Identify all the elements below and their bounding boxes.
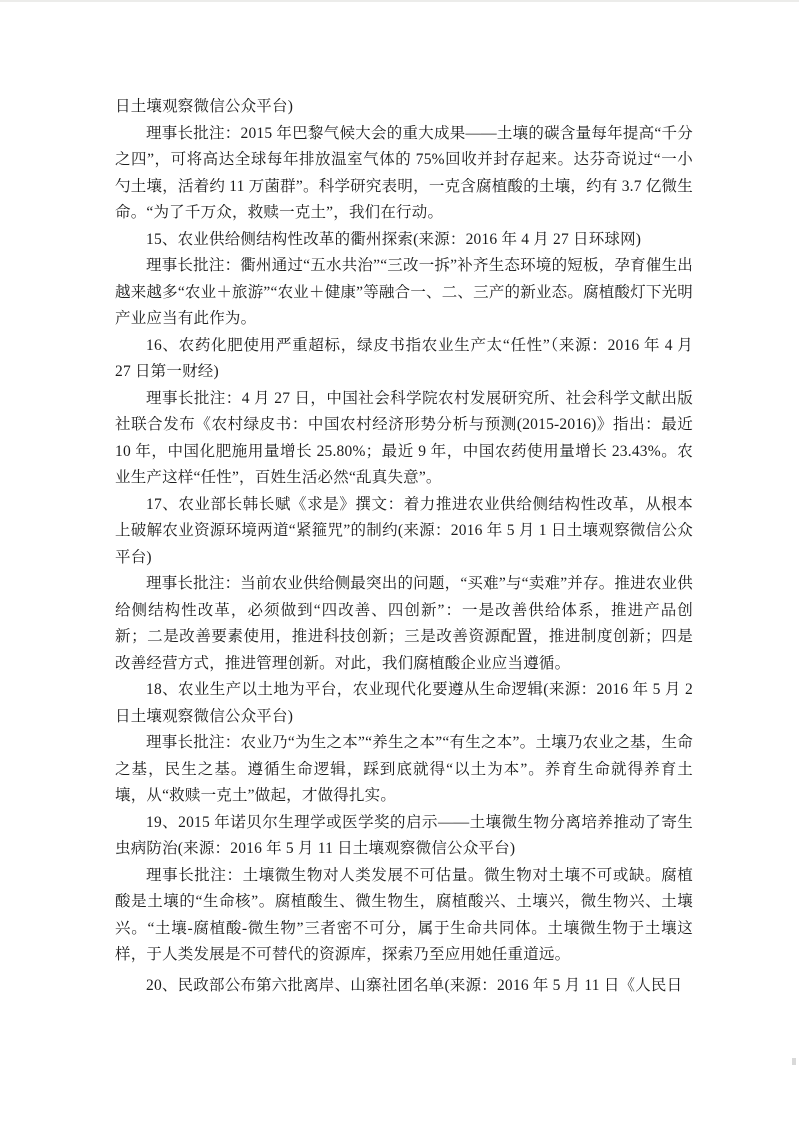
paragraph: 理事长批注：农业乃“为生之本”“养生之本”“有生之本”。土壤乃农业之基，生命之基… — [115, 730, 693, 810]
paragraph: 理事长批注：当前农业供给侧最突出的问题，“买难”与“卖难”并存。推进农业供给侧结… — [115, 571, 693, 677]
paragraph: 19、2015 年诺贝尔生理学或医学奖的启示——土壤微生物分离培养推动了寄生虫病… — [115, 810, 693, 863]
paragraph: 理事长批注：4 月 27 日，中国社会科学院农村发展研究所、社会科学文献出版社联… — [115, 386, 693, 492]
paragraph: 日土壤观察微信公众平台) — [115, 94, 693, 121]
paragraph: 理事长批注：衢州通过“五水共治”“三改一拆”补齐生态环境的短板，孕育催生出越来越… — [115, 253, 693, 333]
text-block: 日土壤观察微信公众平台)理事长批注：2015 年巴黎气候大会的重大成果——土壤的… — [115, 94, 693, 999]
paragraph: 18、农业生产以土地为平台，农业现代化要遵从生命逻辑(来源：2016 年 5 月… — [115, 677, 693, 730]
paragraph: 17、农业部长韩长赋《求是》撰文：着力推进农业供给侧结构性改革，从根本上破解农业… — [115, 492, 693, 572]
paragraph: 16、农药化肥使用严重超标，绿皮书指农业生产太“任性”（来源：2016 年 4 … — [115, 333, 693, 386]
scan-artifact-speck — [792, 1058, 796, 1065]
paragraph: 理事长批注：土壤微生物对人类发展不可估量。微生物对土壤不可或缺。腐植酸是土壤的“… — [115, 863, 693, 969]
paragraph: 15、农业供给侧结构性改革的衢州探索(来源：2016 年 4 月 27 日环球网… — [115, 227, 693, 254]
paragraph: 20、民政部公布第六批离岸、山寨社团名单(来源：2016 年 5 月 11 日《… — [115, 973, 693, 1000]
document-page: 日土壤观察微信公众平台)理事长批注：2015 年巴黎气候大会的重大成果——土壤的… — [0, 0, 799, 1131]
paragraph: 理事长批注：2015 年巴黎气候大会的重大成果——土壤的碳含量每年提高“千分之四… — [115, 121, 693, 227]
